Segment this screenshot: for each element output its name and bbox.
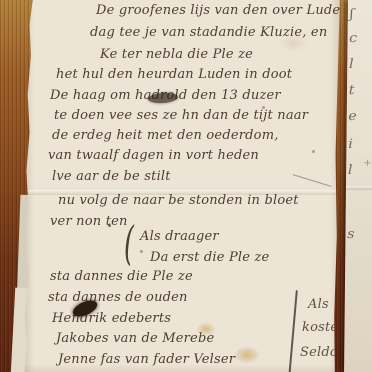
pencil-mark: + (363, 158, 372, 169)
handwriting-line: Ke ter nebla die Ple ze (100, 48, 253, 62)
handwriting-line: Jakobes van de Merebe (56, 332, 214, 346)
handwriting-line: nu volg de naar be stonden in bloet (58, 194, 299, 208)
handwriting-line: lve aar de be stilt (52, 170, 171, 184)
side-note-line: koster (302, 321, 345, 335)
ink-speck (312, 150, 315, 153)
announcement-bracket: ( (124, 220, 134, 266)
handwriting-line: van twaalf dagen in vort heden (48, 149, 259, 163)
handwriting-line: Jenne fas van fader Velser (58, 353, 235, 367)
photo-of-handwritten-letter: ʃ c l t e i l s + De groofenes lijs van … (0, 0, 372, 372)
side-note-line: Als (308, 298, 329, 312)
handwriting-fragment: e (348, 110, 357, 123)
diagonal-crease (293, 174, 332, 187)
ink-speck (262, 106, 265, 109)
ink-speck (140, 250, 143, 253)
adjacent-page: ʃ c l t e i l s + (344, 0, 372, 372)
handwriting-line: dag tee je van stadandie Kluzie, en (90, 26, 327, 40)
handwriting-line: De groofenes lijs van den over Luden (96, 4, 349, 18)
handwriting-line: Da erst die Ple ze (150, 251, 269, 265)
handwriting-line: Hendrik edeberts (52, 312, 171, 326)
handwriting-line: het hul den heurdan Luden in doot (56, 68, 292, 82)
handwriting-fragment: t (349, 84, 355, 97)
handwriting-line: ver non ten (50, 215, 128, 229)
handwriting-fragment: c (349, 32, 357, 45)
handwriting-fragment: l (348, 164, 353, 177)
handwriting-line: sta dannes die Ple ze (50, 270, 193, 284)
handwriting-line: Als draager (140, 230, 219, 244)
letter-page: De groofenes lijs van den over Luden dag… (20, 0, 340, 372)
handwriting-line: sta dannes de ouden (48, 291, 188, 305)
handwriting-fragment: i (348, 138, 353, 151)
handwriting-line: de erdeg heit met den oederdom, (52, 129, 279, 143)
fold-crease (346, 186, 372, 190)
handwriting-fragment: l (349, 58, 354, 71)
paper-stain (234, 346, 260, 364)
handwriting-fragment: ʃ (350, 8, 354, 21)
side-note-divider (288, 290, 298, 372)
ink-dot (108, 224, 111, 227)
handwriting-fragment: s (347, 228, 354, 241)
handwriting-line: te doen vee ses ze hn dan de tijt naar (54, 109, 308, 123)
